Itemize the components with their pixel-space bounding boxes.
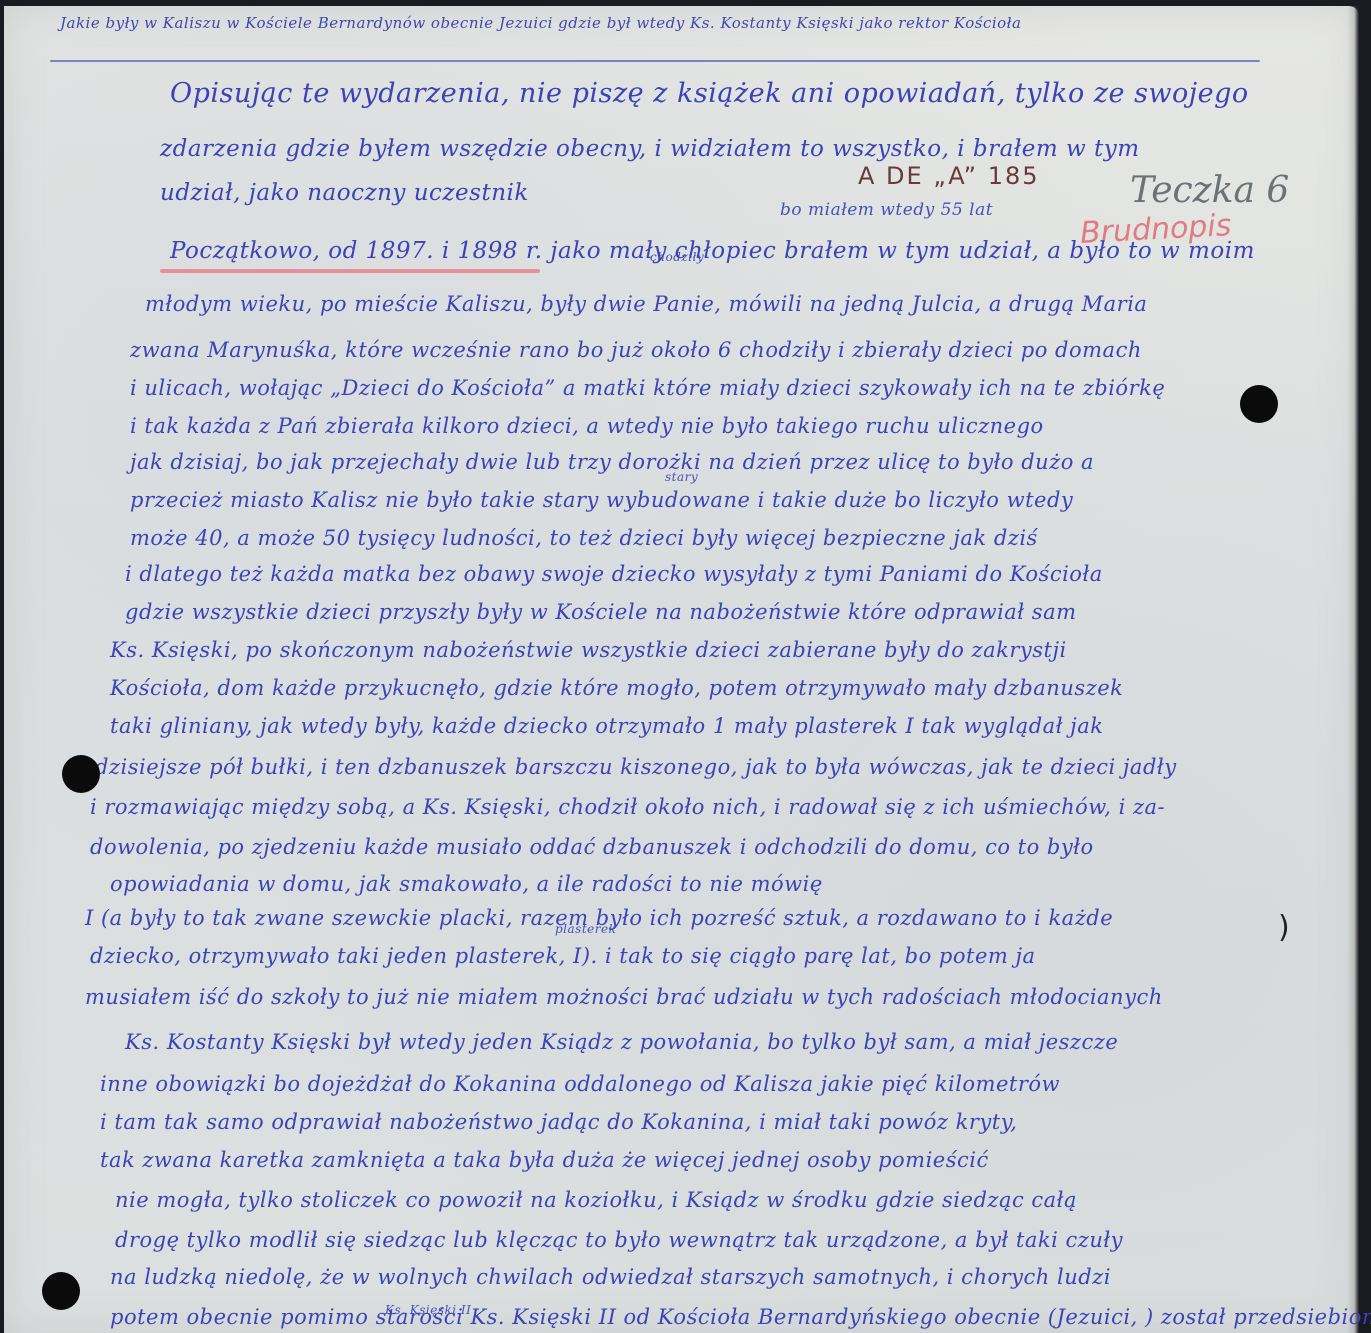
manuscript-line: Opisując te wydarzenia, nie piszę z ksią…: [170, 78, 1249, 109]
manuscript-line: i ulicach, wołając „Dzieci do Kościoła” …: [130, 376, 1165, 400]
scan-background: Jakie były w Kaliszu w Kościele Bernardy…: [0, 0, 1371, 1333]
punch-hole: [62, 755, 100, 793]
heading-underline: [50, 60, 1260, 62]
punch-hole: [1240, 385, 1278, 423]
manuscript-line: zwana Marynuśka, które wcześnie rano bo …: [130, 338, 1142, 362]
manuscript-line: Początkowo, od 1897. i 1898 r. jako mały…: [170, 238, 1255, 264]
manuscript-line: i tam tak samo odprawiał nabożeństwo jad…: [100, 1110, 1017, 1134]
manuscript-line: nie mogła, tylko stoliczek co powoził na…: [115, 1188, 1077, 1212]
manuscript-line: dowolenia, po zjedzeniu każde musiało od…: [90, 835, 1094, 859]
manuscript-line: Ks. Księski, po skończonym nabożeństwie …: [110, 638, 1067, 662]
folder-label: Teczka 6: [1130, 170, 1289, 211]
manuscript-line: musiałem iść do szkoły to już nie miałem…: [85, 985, 1163, 1009]
manuscript-line: gdzie wszystkie dzieci przyszły były w K…: [125, 600, 1077, 624]
punch-hole: [42, 1272, 80, 1310]
manuscript-line: tak zwana karetka zamknięta a taka była …: [100, 1148, 989, 1172]
manuscript-line: udział, jako naoczny uczestnik: [160, 180, 529, 206]
manuscript-line: Ks. Kostanty Księski był wtedy jeden Ksi…: [125, 1030, 1118, 1054]
manuscript-line: opowiadania w domu, jak smakowało, a ile…: [110, 872, 823, 896]
manuscript-line: jak dzisiaj, bo jak przejechały dwie lub…: [130, 450, 1094, 474]
manuscript-line: młodym wieku, po mieście Kaliszu, były d…: [145, 292, 1147, 316]
margin-bracket-mark: ): [1278, 910, 1290, 945]
manuscript-line: I (a były to tak zwane szewckie placki, …: [85, 906, 1113, 930]
manuscript-line: inne obowiązki bo dojeżdżał do Kokanina …: [100, 1072, 1060, 1096]
manuscript-line: i tak każda z Pań zbierała kilkoro dziec…: [130, 414, 1044, 438]
page-heading: Jakie były w Kaliszu w Kościele Bernardy…: [60, 14, 1022, 32]
manuscript-line: potem obecnie pomimo starości Ks. Księsk…: [110, 1305, 1371, 1329]
red-crayon-underline: [160, 269, 540, 273]
manuscript-line: może 40, a może 50 tysięcy ludności, to …: [130, 526, 1038, 550]
manuscript-line: przecież miasto Kalisz nie było takie st…: [130, 488, 1073, 512]
manuscript-line: i dlatego też każda matka bez obawy swoj…: [125, 562, 1103, 586]
paper-edge-shadow: [1347, 6, 1359, 1333]
manuscript-line: zdarzenia gdzie byłem wszędzie obecny, i…: [160, 136, 1140, 162]
manuscript-line: dziecko, otrzymywało taki jeden plastere…: [90, 944, 1036, 968]
manuscript-line: dzisiejsze pół bułki, i ten dzbanuszek b…: [95, 755, 1177, 779]
manuscript-line: na ludzką niedolę, że w wolnych chwilach…: [110, 1265, 1111, 1289]
archive-signature: A DE „A” 185: [858, 162, 1040, 190]
age-note: bo miałem wtedy 55 lat: [780, 200, 993, 220]
manuscript-line: drogę tylko modlił się siedząc lub klęcz…: [115, 1228, 1123, 1252]
manuscript-line: i rozmawiając między sobą, a Ks. Księski…: [90, 795, 1165, 819]
manuscript-line: taki gliniany, jak wtedy były, każde dzi…: [110, 714, 1103, 738]
manuscript-line: Kościoła, dom każde przykucnęło, gdzie k…: [110, 676, 1123, 700]
